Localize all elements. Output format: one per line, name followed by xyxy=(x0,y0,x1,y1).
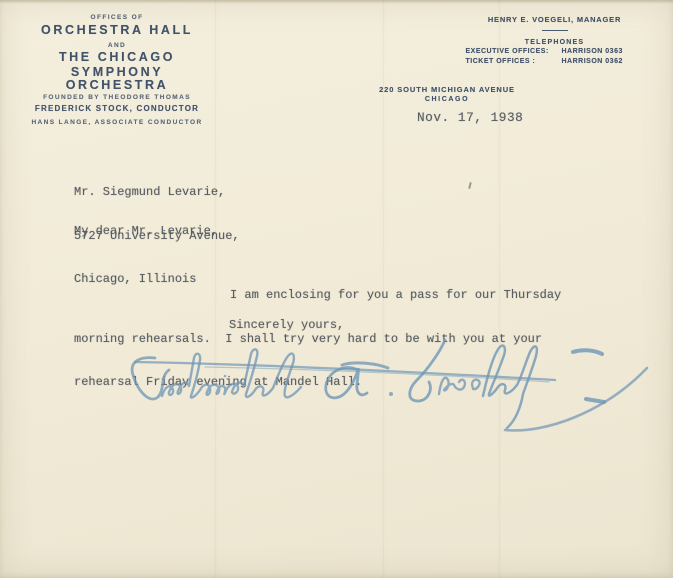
stray-ink-mark xyxy=(468,182,472,189)
ticket-offices-label: TICKET OFFICES : xyxy=(466,58,562,67)
orchestra-hall-title: ORCHESTRA HALL xyxy=(17,24,217,37)
letter-page: OFFICES OF ORCHESTRA HALL AND THE CHICAG… xyxy=(0,0,673,578)
executive-offices-row: EXECUTIVE OFFICES: HARRISON 0363 xyxy=(466,48,644,57)
ticket-offices-row: TICKET OFFICES : HARRISON 0362 xyxy=(466,58,644,67)
street-address: 220 SOUTH MICHIGAN AVENUE xyxy=(347,86,547,95)
founded-by-label: FOUNDED BY THEODORE THOMAS xyxy=(17,94,217,101)
salutation: My dear Mr. Levarie, xyxy=(74,224,218,239)
associate-conductor-label: HANS LANGE, ASSOCIATE CONDUCTOR xyxy=(17,119,217,126)
symphony-orchestra-title: SYMPHONY ORCHESTRA xyxy=(17,66,217,92)
executive-offices-label: EXECUTIVE OFFICES: xyxy=(466,48,562,57)
conductor-label: FREDERICK STOCK, CONDUCTOR xyxy=(17,104,217,113)
letterhead-left-block: OFFICES OF ORCHESTRA HALL AND THE CHICAG… xyxy=(17,14,217,126)
and-label: AND xyxy=(17,42,217,49)
letter-scan: OFFICES OF ORCHESTRA HALL AND THE CHICAG… xyxy=(0,0,673,578)
signature-frederick-stock xyxy=(55,330,655,440)
city-label: CHICAGO xyxy=(347,96,547,105)
letterhead-right-block: HENRY E. VOEGELI, MANAGER TELEPHONES EXE… xyxy=(452,16,657,66)
ticket-offices-number: HARRISON 0362 xyxy=(562,58,644,67)
manager-label: HENRY E. VOEGELI, MANAGER xyxy=(452,16,657,24)
letterhead-divider xyxy=(542,30,568,31)
date-line: Nov. 17, 1938 xyxy=(417,111,523,126)
offices-of-label: OFFICES OF xyxy=(17,14,217,21)
executive-offices-number: HARRISON 0363 xyxy=(562,48,644,57)
recipient-name: Mr. Siegmund Levarie, xyxy=(74,185,240,200)
the-chicago-title: THE CHICAGO xyxy=(17,51,217,64)
letterhead-address-block: 220 SOUTH MICHIGAN AVENUE CHICAGO xyxy=(347,86,547,104)
telephones-heading: TELEPHONES xyxy=(452,39,657,47)
body-line-1: I am enclosing for you a pass for our Th… xyxy=(230,288,561,303)
